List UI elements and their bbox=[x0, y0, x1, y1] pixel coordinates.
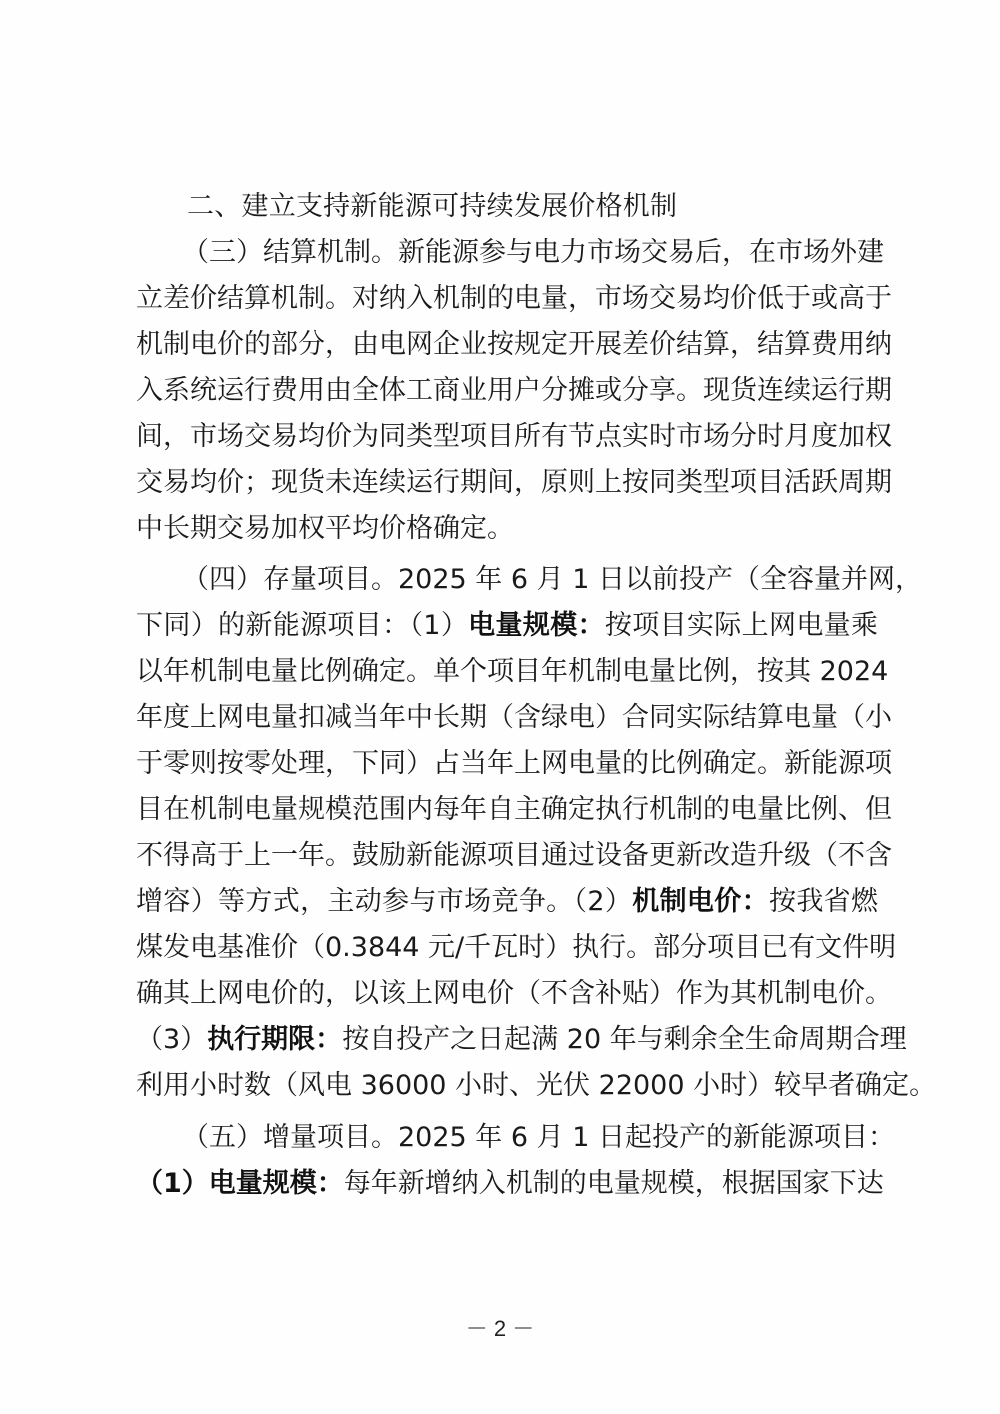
text-run: 每年新增纳入机制的电量规模，根据国家下达 bbox=[344, 1168, 884, 1199]
bold-term: 电量规模： bbox=[468, 610, 605, 641]
paragraph-line: 煤发电基准价（0.3844 元/千瓦时）执行。部分项目已有文件明 bbox=[136, 925, 878, 971]
text-run: 按项目实际上网电量乘 bbox=[605, 610, 878, 641]
paragraph-line: （四）存量项目。2025 年 6 月 1 日以前投产（全容量并网， bbox=[182, 557, 878, 603]
paragraph-line: 不得高于上一年。鼓励新能源项目通过设备更新改造升级（不含 bbox=[136, 833, 878, 879]
paragraph-line: 中长期交易加权平均价格确定。 bbox=[136, 506, 878, 552]
paragraph-line-mixed: 下同）的新能源项目：（1）电量规模：按项目实际上网电量乘 bbox=[136, 603, 878, 649]
text-run: 按我省燃 bbox=[769, 886, 878, 917]
paragraph-line: 入系统运行费用由全体工商业用户分摊或分享。现货连续运行期 bbox=[136, 368, 878, 414]
document-page: 二、建立支持新能源可持续发展价格机制 （三）结算机制。新能源参与电力市场交易后，… bbox=[0, 0, 1000, 1414]
bold-term: 执行期限： bbox=[207, 1024, 342, 1055]
section-heading: 二、建立支持新能源可持续发展价格机制 bbox=[187, 184, 677, 230]
text-run: 增容）等方式，主动参与市场竞争。（2） bbox=[136, 886, 632, 917]
paragraph-line-mixed: （3）执行期限：按自投产之日起满 20 年与剩余全生命周期合理 bbox=[136, 1017, 878, 1063]
bold-term: 机制电价： bbox=[632, 886, 769, 917]
paragraph-line: 目在机制电量规模范围内每年自主确定执行机制的电量比例、但 bbox=[136, 787, 878, 833]
page-number: － 2 － bbox=[440, 1312, 560, 1346]
bold-term: （1）电量规模： bbox=[136, 1168, 344, 1199]
paragraph-line: （五）增量项目。2025 年 6 月 1 日起投产的新能源项目： bbox=[182, 1115, 878, 1161]
paragraph-line-mixed: 增容）等方式，主动参与市场竞争。（2）机制电价：按我省燃 bbox=[136, 879, 878, 925]
paragraph-line: 立差价结算机制。对纳入机制的电量，市场交易均价低于或高于 bbox=[136, 276, 878, 322]
paragraph-line: 以年机制电量比例确定。单个项目年机制电量比例，按其 2024 bbox=[136, 649, 878, 695]
paragraph-line: 于零则按零处理，下同）占当年上网电量的比例确定。新能源项 bbox=[136, 741, 878, 787]
enum-marker: 下同）的新能源项目：（1） bbox=[136, 610, 468, 641]
paragraph-line: 交易均价；现货未连续运行期间，原则上按同类型项目活跃周期 bbox=[136, 460, 878, 506]
enum-marker: （3） bbox=[136, 1024, 207, 1055]
paragraph-line: （三）结算机制。新能源参与电力市场交易后，在市场外建 bbox=[182, 230, 878, 276]
paragraph-line: 确其上网电价的，以该上网电价（不含补贴）作为其机制电价。 bbox=[136, 971, 878, 1017]
paragraph-line: 间，市场交易均价为同类型项目所有节点实时市场分时月度加权 bbox=[136, 414, 878, 460]
paragraph-line-mixed: （1）电量规模：每年新增纳入机制的电量规模，根据国家下达 bbox=[136, 1161, 878, 1207]
text-run: 按自投产之日起满 20 年与剩余全生命周期合理 bbox=[342, 1024, 907, 1055]
paragraph-line: 机制电价的部分，由电网企业按规定开展差价结算，结算费用纳 bbox=[136, 322, 878, 368]
paragraph-line: 年度上网电量扣减当年中长期（含绿电）合同实际结算电量（小 bbox=[136, 695, 878, 741]
paragraph-line: 利用小时数（风电 36000 小时、光伏 22000 小时）较早者确定。 bbox=[136, 1063, 878, 1109]
